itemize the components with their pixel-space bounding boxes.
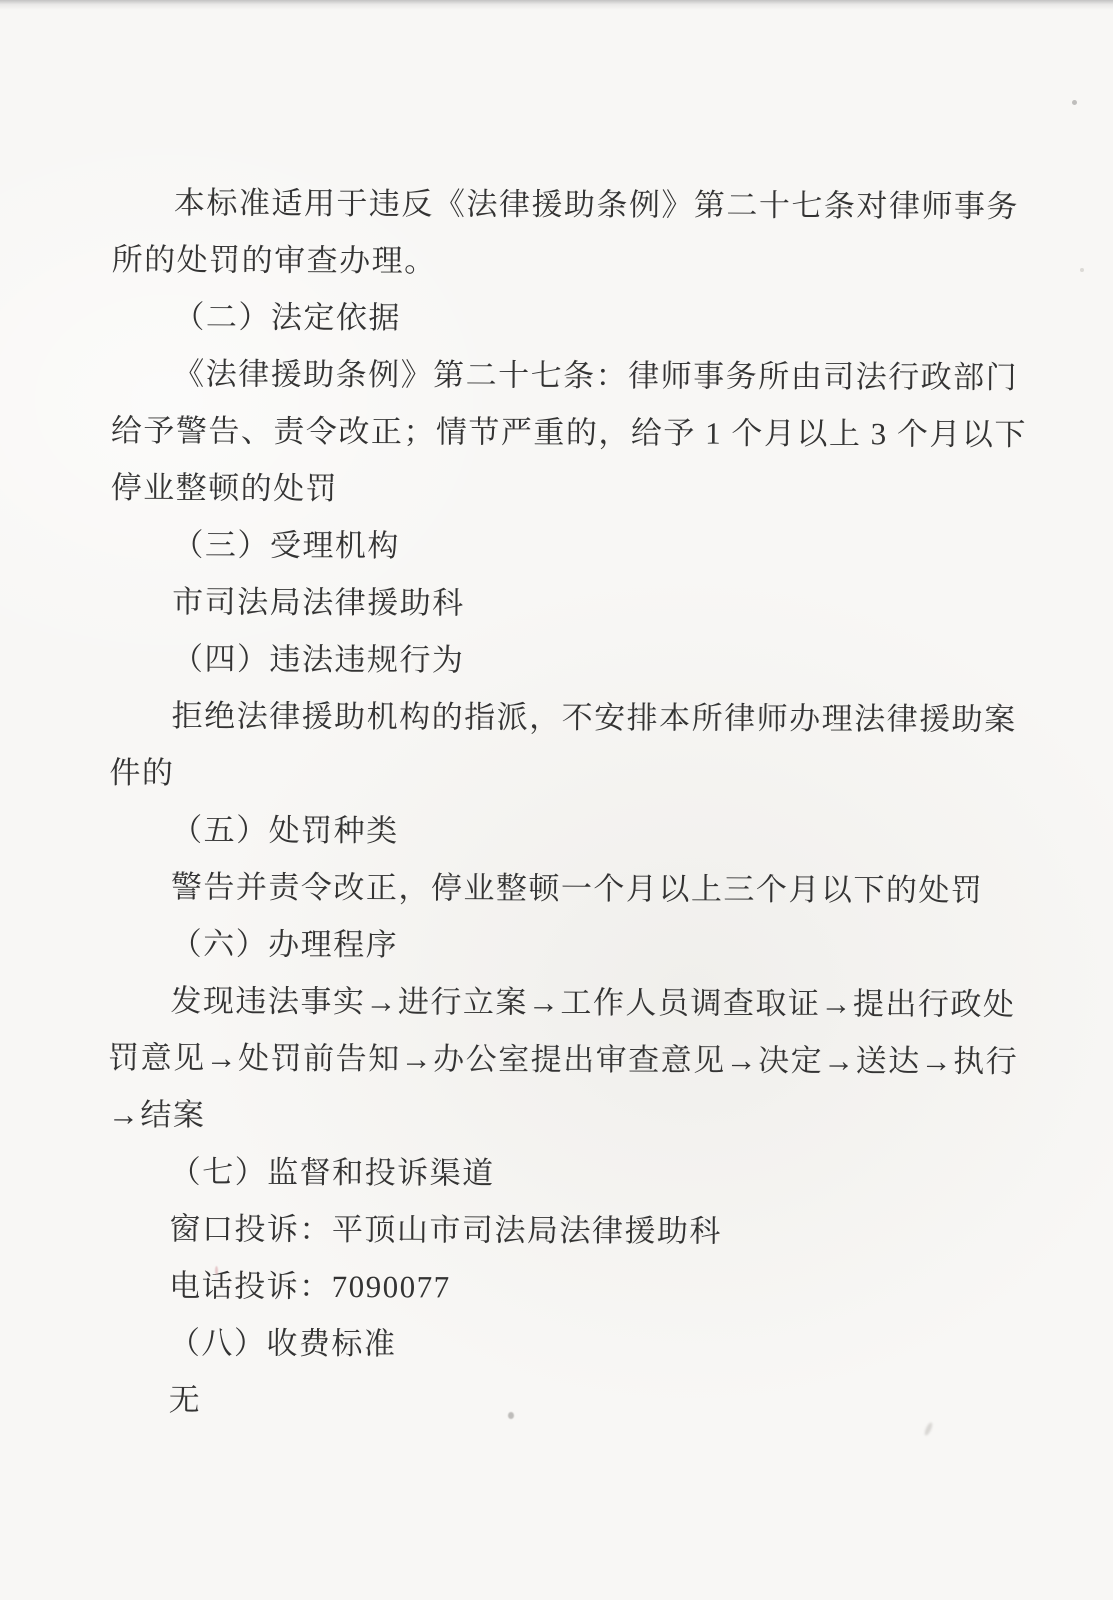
scan-edge-artifact	[0, 0, 1113, 10]
section-heading-line: （二）法定依据	[111, 288, 1011, 349]
text-line: 电话投诉：7090077	[107, 1257, 1007, 1318]
text-line: 件的	[109, 744, 1009, 805]
text-line: 所的处罚的审查办理。	[112, 231, 1012, 292]
text-line: 拒绝法律援助机构的指派，不安排本所律师办理法律援助案	[110, 687, 1010, 748]
section-heading-line: （六）办理程序	[109, 915, 1009, 976]
text-line: →结案	[108, 1086, 1008, 1147]
text-line: 窗口投诉：平顶山市司法局法律援助科	[107, 1200, 1007, 1261]
text-line: 发现违法事实→进行立案→工作人员调查取证→提出行政处	[108, 972, 1008, 1033]
section-heading-line: （四）违法违规行为	[110, 630, 1010, 691]
text-line: 无	[107, 1371, 1007, 1432]
text-line: 警告并责令改正，停业整顿一个月以上三个月以下的处罚	[109, 858, 1009, 919]
scanned-document-page: 本标准适用于违反《法律援助条例》第二十七条对律师事务所的处罚的审查办理。（二）法…	[0, 0, 1113, 1600]
section-heading-line: （三）受理机构	[110, 516, 1010, 577]
text-line: 《法律援助条例》第二十七条：律师事务所由司法行政部门	[111, 345, 1011, 406]
section-heading-line: （八）收费标准	[107, 1314, 1007, 1375]
text-line: 给予警告、责令改正；情节严重的，给予 1 个月以上 3 个月以下	[111, 402, 1011, 463]
document-text-block: 本标准适用于违反《法律援助条例》第二十七条对律师事务所的处罚的审查办理。（二）法…	[107, 174, 1012, 1432]
scan-smudge	[1080, 268, 1084, 272]
section-heading-line: （七）监督和投诉渠道	[108, 1143, 1008, 1204]
text-line: 市司法局法律援助科	[110, 573, 1010, 634]
text-line: 本标准适用于违反《法律援助条例》第二十七条对律师事务	[112, 174, 1012, 235]
scan-smudge	[1072, 100, 1077, 105]
text-line: 停业整顿的处罚	[111, 459, 1011, 520]
text-line: 罚意见→处罚前告知→办公室提出审查意见→决定→送达→执行	[108, 1029, 1008, 1090]
section-heading-line: （五）处罚种类	[109, 801, 1009, 862]
